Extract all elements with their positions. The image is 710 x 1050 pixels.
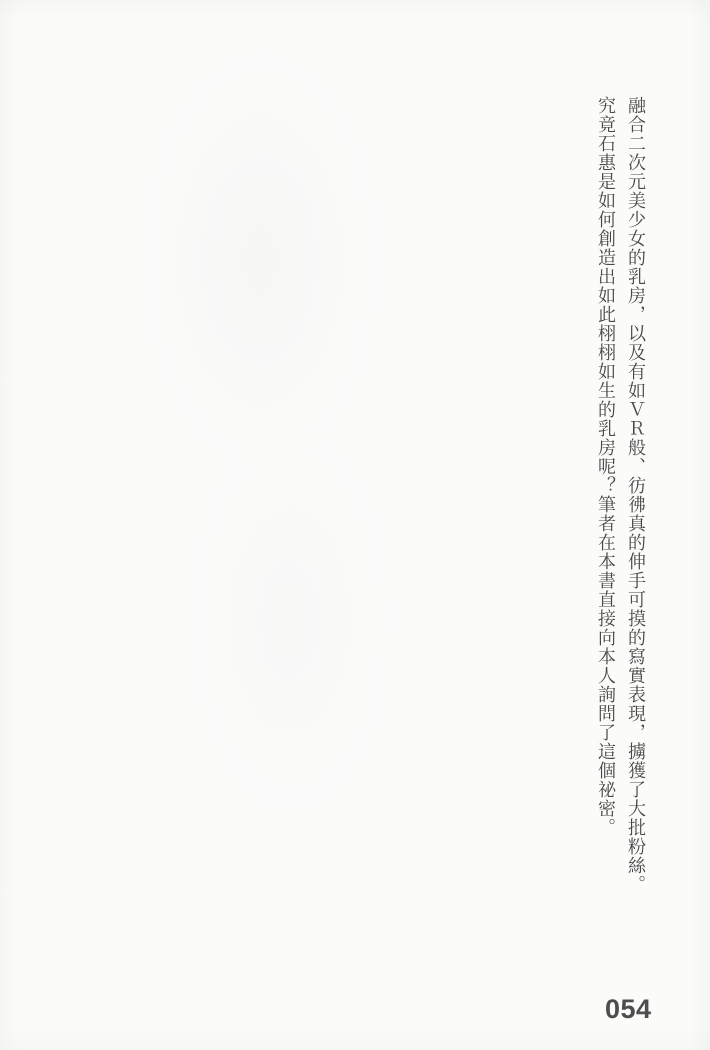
- text-column-1: 融合二次元美少女的乳房，以及有如ＶＲ般、彷彿真的伸手可摸的寫實表現，擄獲了大批粉…: [620, 96, 650, 926]
- page-number: 054: [605, 994, 652, 1025]
- intro-paragraph: 融合二次元美少女的乳房，以及有如ＶＲ般、彷彿真的伸手可摸的寫實表現，擄獲了大批粉…: [590, 96, 650, 926]
- text-column-2: 究竟石惠是如何創造出如此栩栩如生的乳房呢？筆者在本書直接向本人詢問了這個祕密。: [590, 96, 620, 926]
- book-page: 融合二次元美少女的乳房，以及有如ＶＲ般、彷彿真的伸手可摸的寫實表現，擄獲了大批粉…: [0, 0, 710, 1050]
